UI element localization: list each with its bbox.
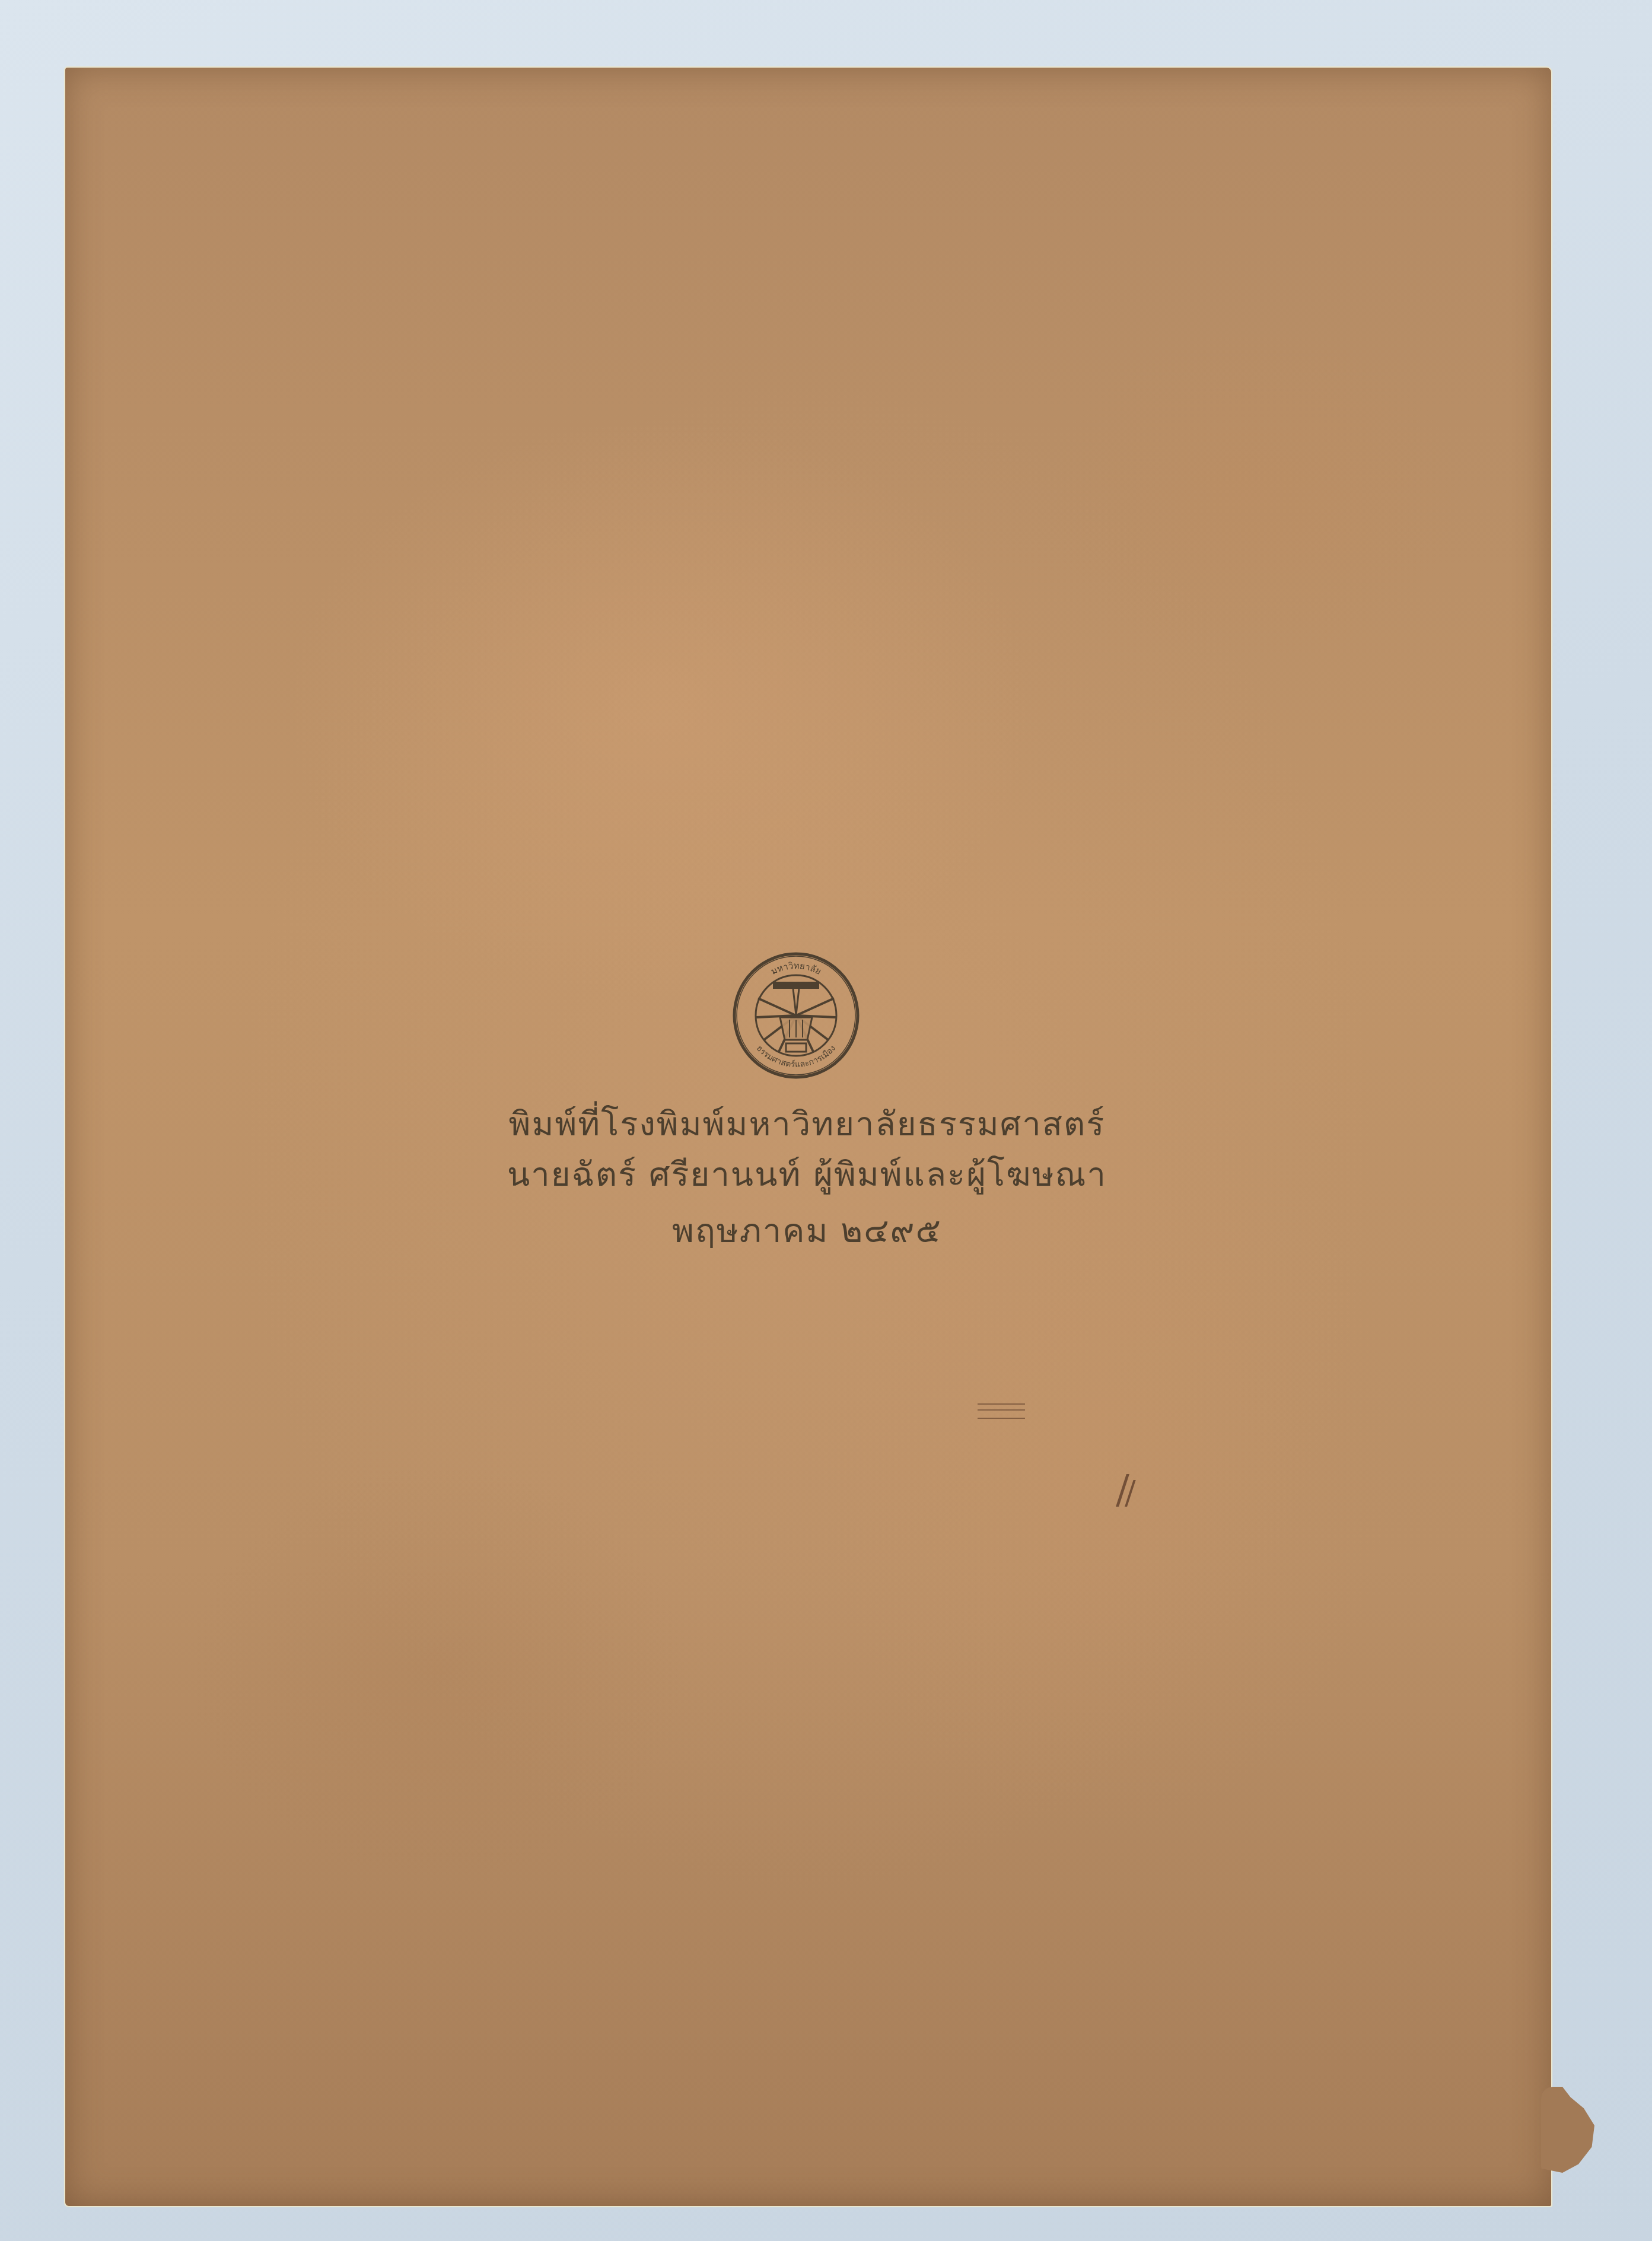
university-seal-icon: มหาวิทยาลัย ธรรมศาสตร์และการเมือง [731,951,861,1080]
publisher-line: นายฉัตร์ ศรียานนท์ ผู้พิมพ์และผู้โฆษณา [64,1148,1550,1201]
date-line: พฤษภาคม ๒๔๙๕ [64,1204,1550,1257]
torn-paper-corner [1541,2087,1594,2173]
printer-line: พิมพ์ที่โรงพิมพ์มหาวิทยาลัยธรรมศาสตร์ [64,1097,1550,1150]
ink-scratch-mark [978,1403,1025,1419]
